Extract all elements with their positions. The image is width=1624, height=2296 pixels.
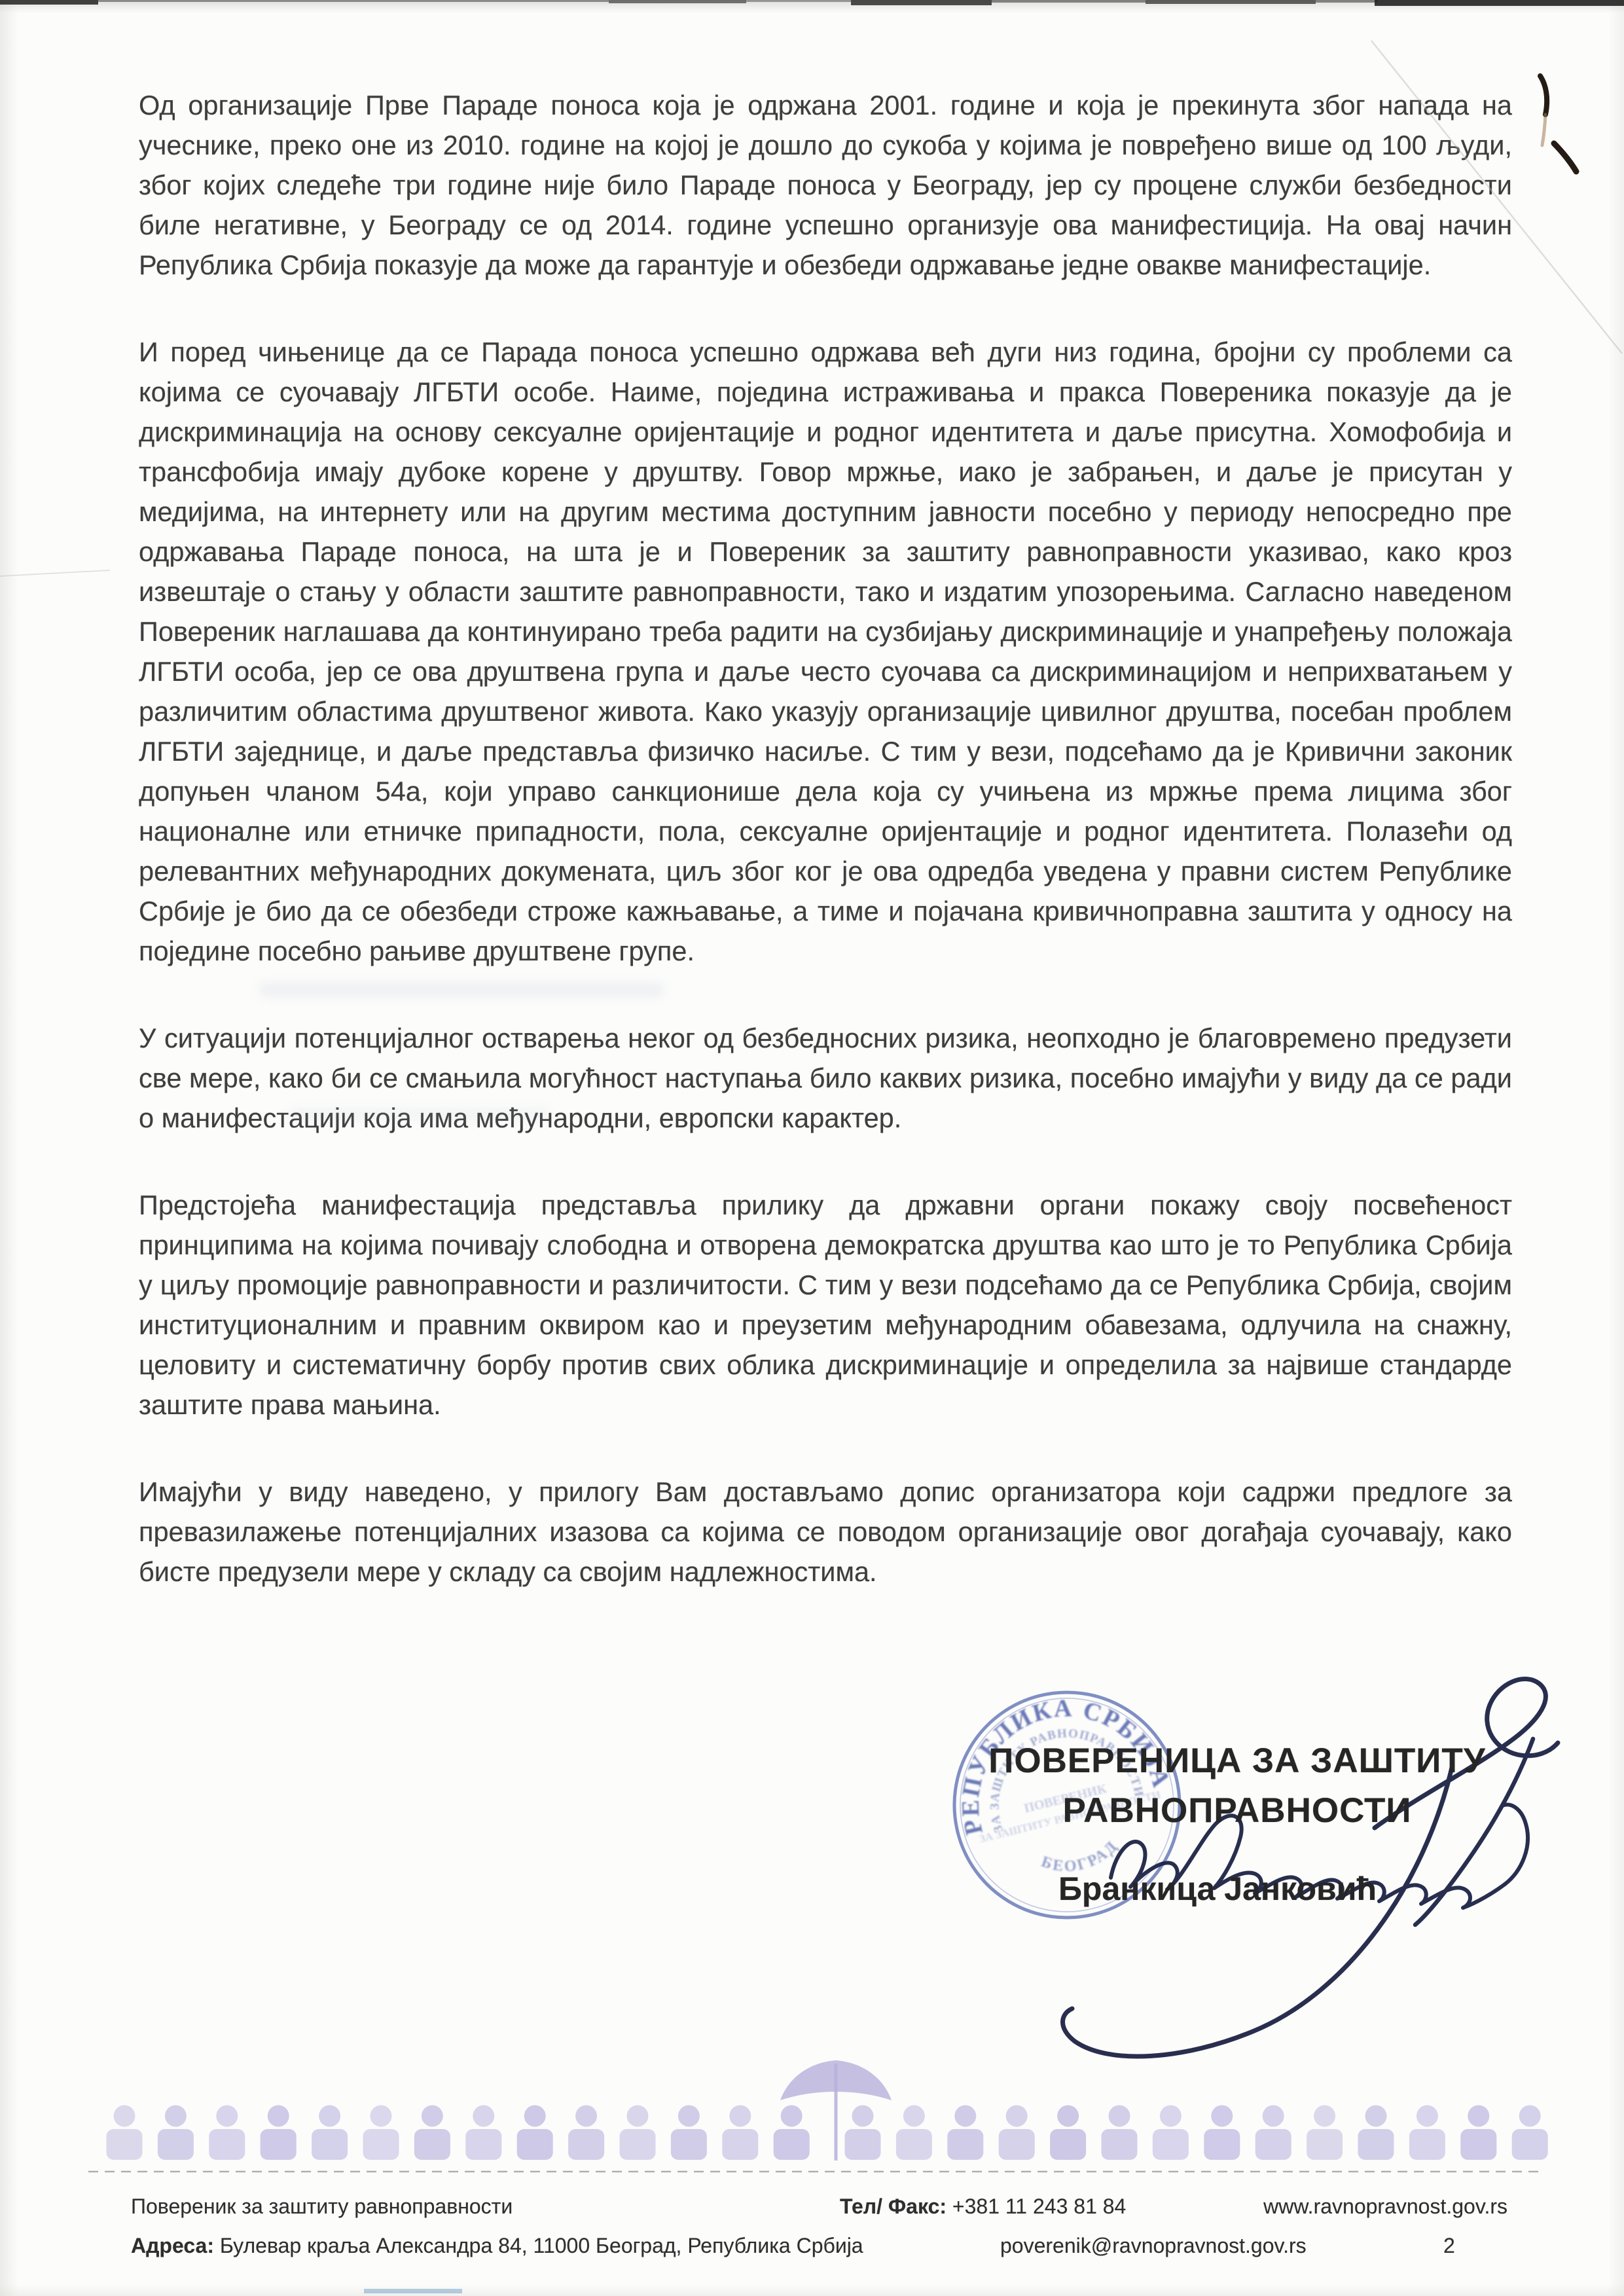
logo-person-body — [1102, 2129, 1138, 2160]
logo-person-head — [319, 2105, 340, 2127]
logo-person-body — [209, 2129, 245, 2160]
logo-person-body — [1255, 2129, 1291, 2160]
ink-marks — [1540, 76, 1576, 172]
footer-address-value: Булевар краља Александра 84, 11000 Беогр… — [214, 2234, 863, 2257]
logo-person-head — [852, 2105, 874, 2127]
logo-person-head — [781, 2105, 803, 2127]
logo-person-body — [465, 2129, 501, 2160]
logo-person-body — [363, 2129, 399, 2160]
logo-person-body — [312, 2129, 348, 2160]
logo-person-body — [999, 2129, 1035, 2160]
signature-scribble — [1063, 1679, 1559, 2056]
logo-person-head — [1365, 2105, 1387, 2127]
logo-person-body — [158, 2129, 194, 2160]
paragraph-2: И поред чињенице да се Парада поноса усп… — [139, 332, 1512, 971]
logo-person-head — [422, 2105, 443, 2127]
logo-person-head — [268, 2105, 289, 2127]
logo-person-head — [1211, 2105, 1233, 2127]
paragraph-5: Имајући у виду наведено, у прилогу Вам д… — [139, 1472, 1512, 1592]
logo-person-body — [620, 2129, 656, 2160]
scan-top-edge-artifact — [0, 0, 1624, 6]
footer-tel-label: Тел/ Факс: — [840, 2195, 947, 2218]
paragraph-3: У ситуацији потенцијалног остварења неко… — [139, 1018, 1512, 1138]
logo-person-body — [414, 2129, 450, 2160]
logo-person-head — [627, 2105, 649, 2127]
logo-person-head — [114, 2105, 135, 2127]
logo-person-head — [370, 2105, 392, 2127]
scanned-letter-page: Од организације Прве Параде поноса која … — [0, 0, 1624, 2296]
logo-person-body — [947, 2129, 983, 2160]
logo-person-body — [261, 2129, 297, 2160]
logo-person-head — [1006, 2105, 1028, 2127]
letter-body: Од организације Прве Параде поноса која … — [139, 85, 1512, 1639]
logo-person-head — [1057, 2105, 1079, 2127]
logo-person-body — [1358, 2129, 1394, 2160]
logo-person-body — [1050, 2129, 1086, 2160]
signature-title: ПОВЕРЕНИЦА ЗА ЗАШТИТУ РАВНОПРАВНОСТИ — [936, 1736, 1538, 1836]
logo-person-body — [1460, 2129, 1496, 2160]
page-number: 2 — [1443, 2234, 1455, 2258]
footer-email: poverenik@ravnopravnost.gov.rs — [1000, 2234, 1307, 2258]
logo-person-head — [1468, 2105, 1489, 2127]
logo-person-head — [678, 2105, 700, 2127]
umbrella-icon — [780, 2060, 892, 2160]
ink-mark-2 — [1554, 143, 1576, 172]
signer-name: Бранкица Јанковић — [929, 1870, 1506, 1908]
logo-person-head — [954, 2105, 976, 2127]
footer-tel-value: +381 11 243 81 84 — [947, 2195, 1126, 2218]
logo-person-body — [774, 2129, 810, 2160]
logo-person-body — [896, 2129, 932, 2160]
ink-mark-1 — [1540, 76, 1547, 115]
signature-title-line-1: ПОВЕРЕНИЦА ЗА ЗАШТИТУ — [936, 1736, 1538, 1786]
logo-person-head — [1160, 2105, 1182, 2127]
ink-mark-1-tail — [1542, 115, 1545, 145]
logo-person-head — [473, 2105, 494, 2127]
logo-person-body — [722, 2129, 758, 2160]
logo-person-body — [845, 2129, 881, 2160]
logo-person-body — [1153, 2129, 1189, 2160]
logo-person-body — [1409, 2129, 1445, 2160]
logo-person-head — [1109, 2105, 1130, 2127]
logo-person-head — [1519, 2105, 1541, 2127]
footer-address-label: Адреса: — [131, 2234, 214, 2257]
logo-person-body — [1307, 2129, 1343, 2160]
logo-person-head — [216, 2105, 238, 2127]
footer-website: www.ravnopravnost.gov.rs — [1263, 2195, 1507, 2219]
footer-logo — [107, 2060, 1548, 2160]
logo-person-body — [568, 2129, 604, 2160]
logo-person-body — [1204, 2129, 1240, 2160]
logo-person-head — [1263, 2105, 1284, 2127]
footer-org-name: Повереник за заштиту равноправности — [131, 2195, 513, 2219]
logo-person-head — [729, 2105, 751, 2127]
footer-address: Адреса: Булевар краља Александра 84, 110… — [131, 2234, 863, 2258]
logo-person-body — [107, 2129, 143, 2160]
paragraph-1: Од организације Прве Параде поноса која … — [139, 85, 1512, 285]
footer-tel: Тел/ Факс: +381 11 243 81 84 — [840, 2195, 1126, 2219]
logo-person-head — [1416, 2105, 1438, 2127]
logo-figures — [107, 2105, 1548, 2160]
logo-person-head — [524, 2105, 546, 2127]
logo-person-body — [517, 2129, 553, 2160]
paragraph-4: Предстојећа манифестација представља при… — [139, 1185, 1512, 1425]
logo-person-head — [903, 2105, 925, 2127]
crease-left-edge — [0, 570, 110, 576]
bottom-blue-streak — [364, 2289, 462, 2293]
signature-title-line-2: РАВНОПРАВНОСТИ — [936, 1786, 1538, 1836]
logo-person-head — [575, 2105, 597, 2127]
logo-person-head — [1314, 2105, 1335, 2127]
logo-person-body — [1512, 2129, 1548, 2160]
logo-person-body — [671, 2129, 707, 2160]
logo-person-head — [165, 2105, 187, 2127]
